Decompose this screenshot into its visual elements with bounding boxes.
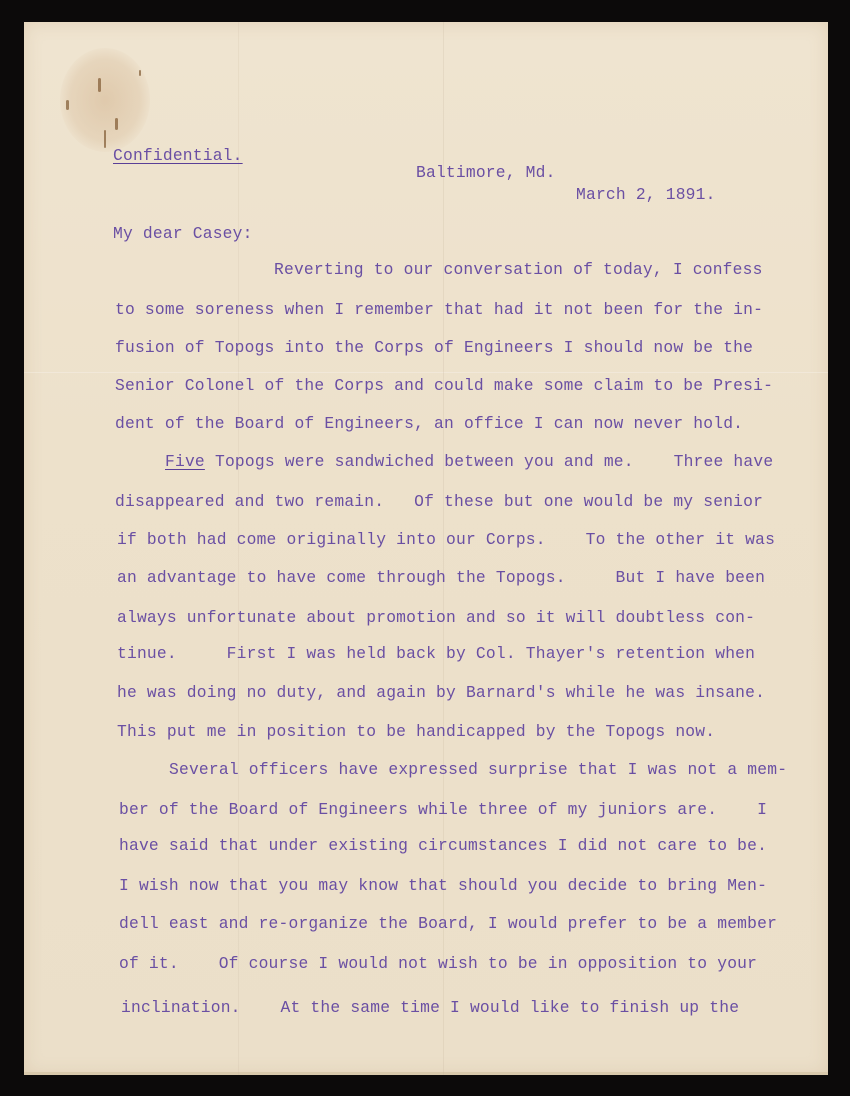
letter-line: Several officers have expressed surprise… (169, 762, 787, 778)
letter-line: tinue. First I was held back by Col. Tha… (117, 646, 755, 662)
letter-line: inclination. At the same time I would li… (121, 1000, 739, 1016)
underlined-word: Five (165, 454, 205, 470)
salutation: My dear Casey: (113, 226, 253, 242)
stain-mark (104, 130, 106, 148)
letter-line: ber of the Board of Engineers while thre… (119, 802, 767, 818)
stain-mark (66, 100, 69, 110)
letter-line: Senior Colonel of the Corps and could ma… (115, 378, 773, 394)
stain-mark (139, 70, 141, 76)
stain-mark (98, 78, 101, 92)
letter-line: disappeared and two remain. Of these but… (115, 494, 763, 510)
letter-date: March 2, 1891. (576, 187, 716, 203)
letter-line: This put me in position to be handicappe… (117, 724, 715, 740)
confidential-label: Confidential. (113, 148, 243, 164)
letter-line: to some soreness when I remember that ha… (115, 302, 763, 318)
letter-line: dell east and re-organize the Board, I w… (119, 916, 777, 932)
letter-line: he was doing no duty, and again by Barna… (117, 685, 765, 701)
stain-mark (115, 118, 118, 130)
letter-line: fusion of Topogs into the Corps of Engin… (115, 340, 753, 356)
letter-line: always unfortunate about promotion and s… (117, 610, 755, 626)
letter-line: Topogs were sandwiched between you and m… (205, 454, 773, 470)
letter-line: I wish now that you may know that should… (119, 878, 767, 894)
letter-line: if both had come originally into our Cor… (117, 532, 775, 548)
letter-line: an advantage to have come through the To… (117, 570, 765, 586)
letter-line: have said that under existing circumstan… (119, 838, 767, 854)
fold-crease (24, 372, 828, 373)
letter-line: Reverting to our conversation of today, … (274, 262, 763, 278)
page-edge (24, 1072, 828, 1075)
letter-line: dent of the Board of Engineers, an offic… (115, 416, 743, 432)
letter-line: of it. Of course I would not wish to be … (119, 956, 757, 972)
letter-place: Baltimore, Md. (416, 165, 556, 181)
